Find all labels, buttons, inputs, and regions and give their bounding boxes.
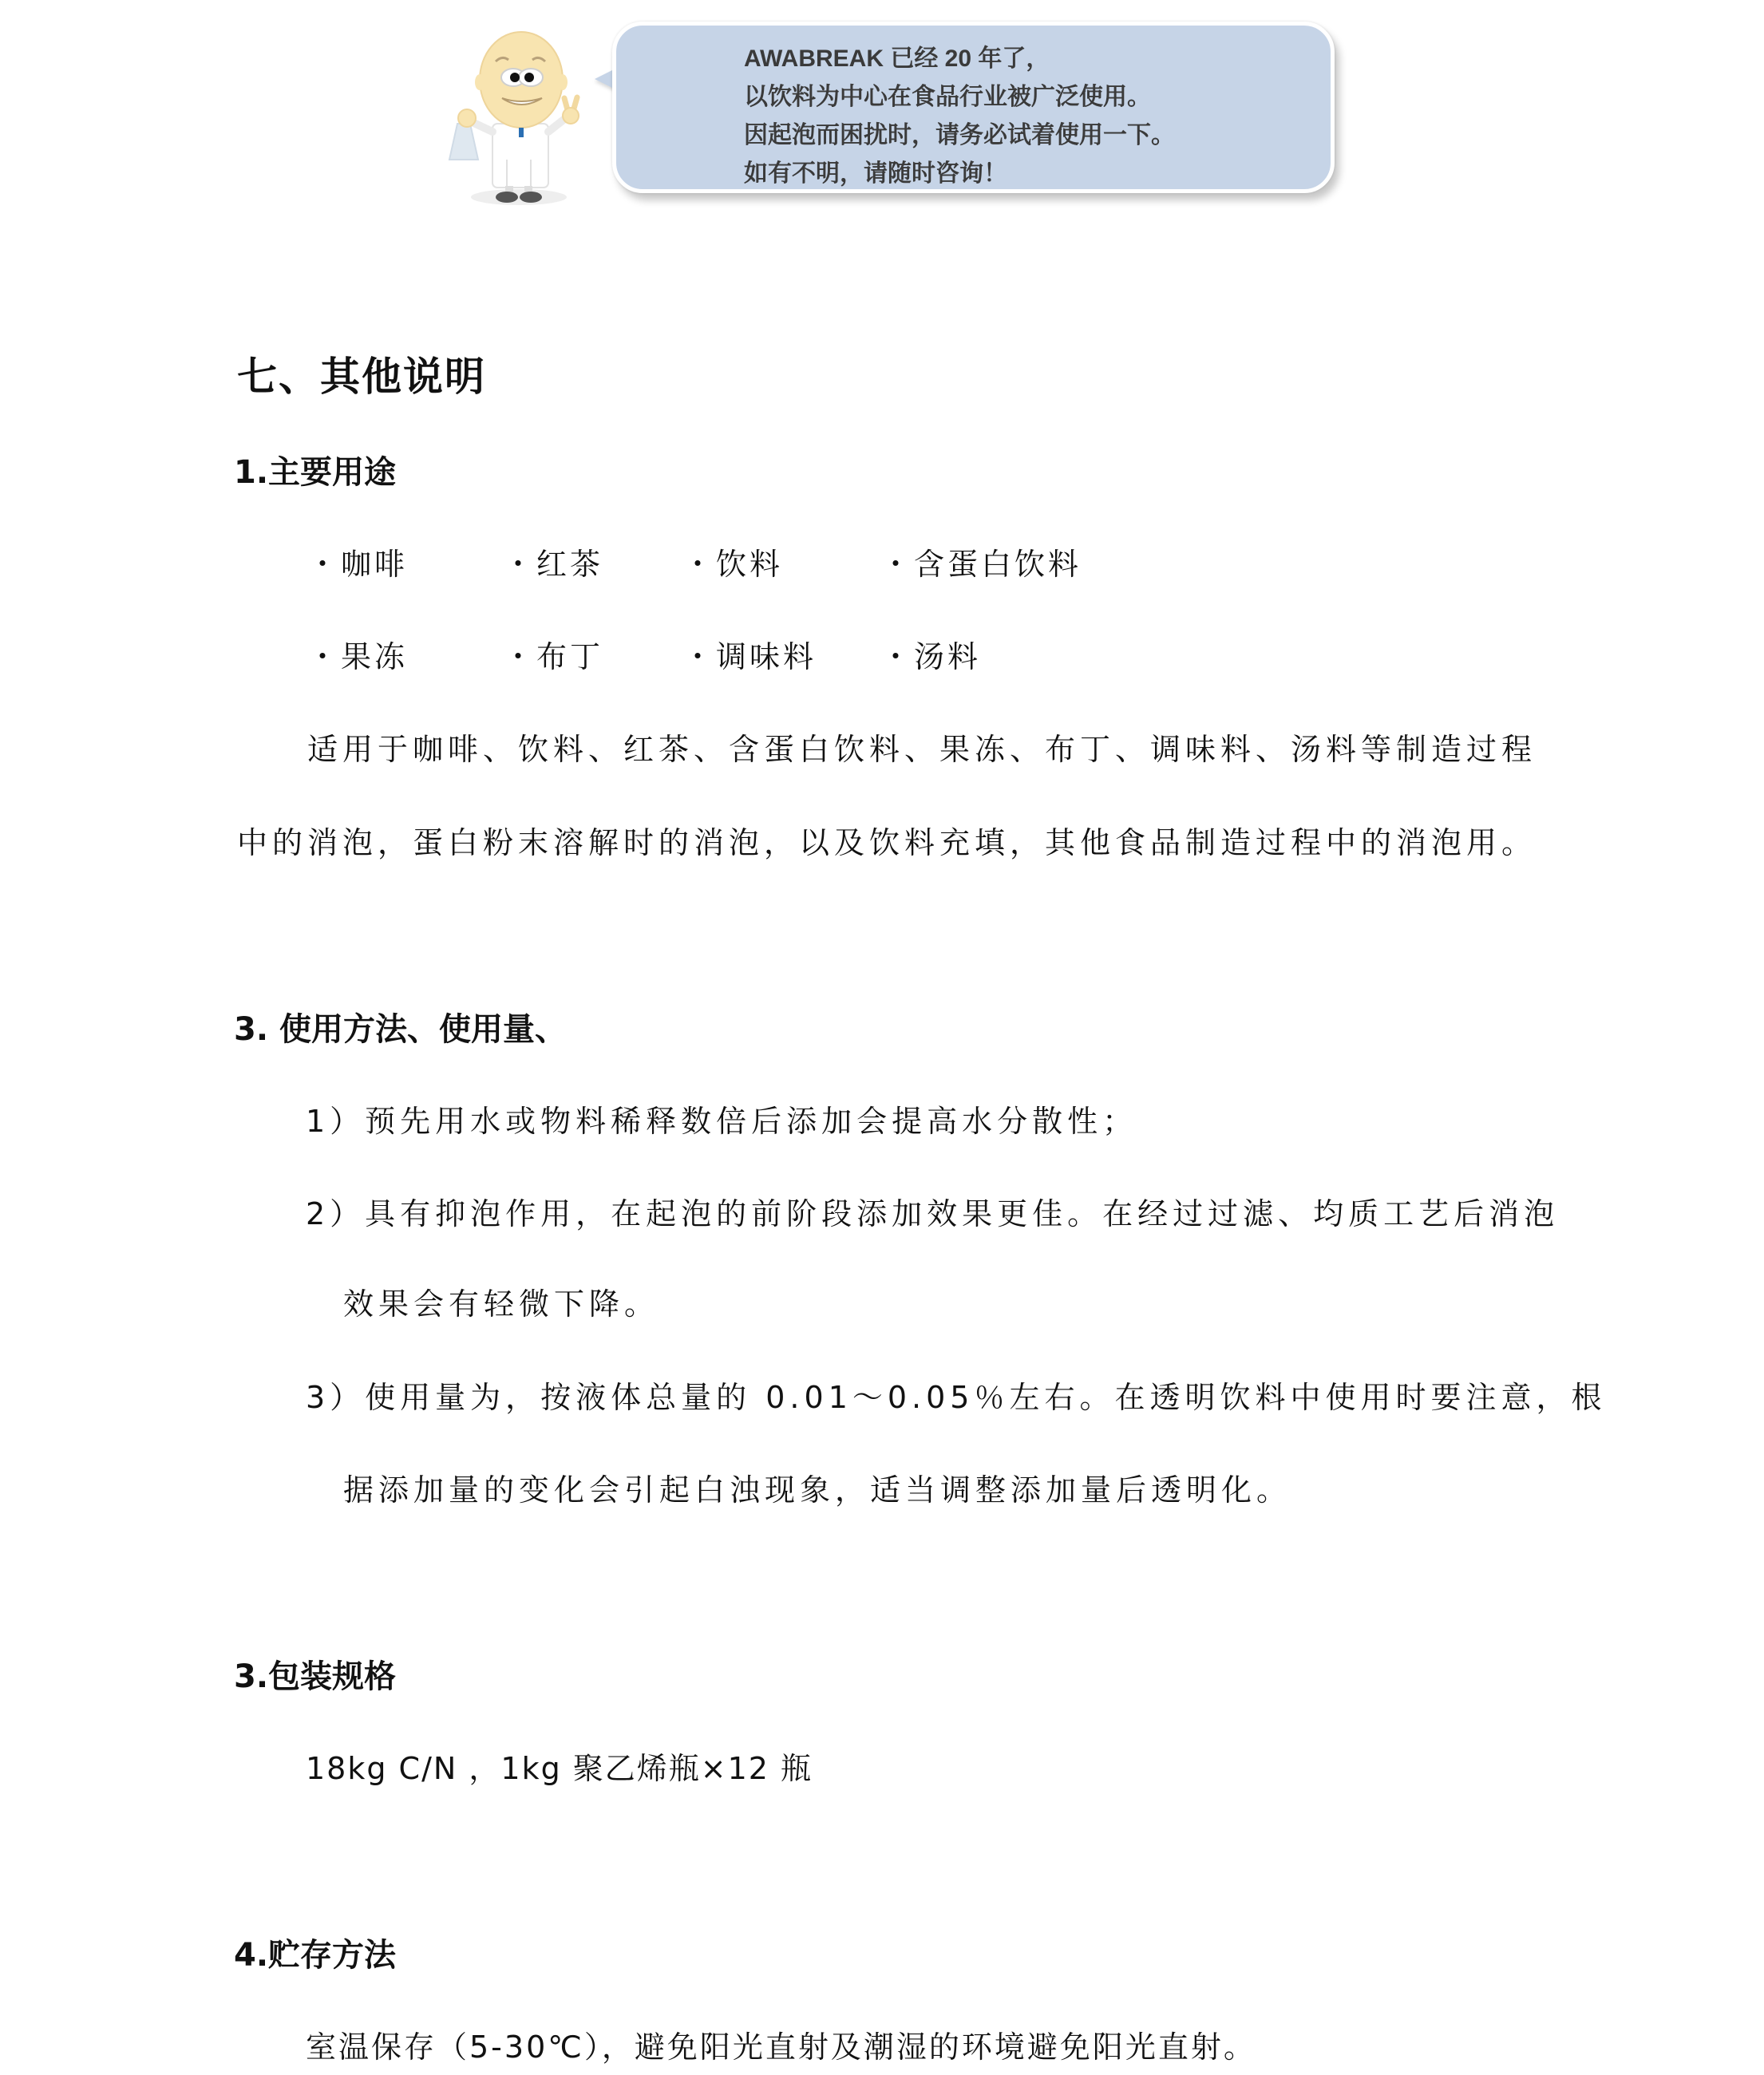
scientist-mascot-icon [443, 12, 603, 211]
usage-item: 1）预先用水或物料稀释数倍后添加会提高水分散性； [306, 1097, 1137, 1140]
bubble-text: AWABREAK 已经 20 年了， 以饮料为中心在食品行业被广泛使用。 因起泡… [744, 40, 1175, 193]
use-item: ・饮料 [682, 539, 783, 583]
usage-heading: 3. 使用方法、使用量、 [234, 1004, 567, 1049]
uses-paragraph-line: 中的消泡，蛋白粉末溶解时的消泡，以及饮料充填，其他食品制造过程中的消泡用。 [237, 818, 1537, 862]
use-item: ・果冻 [307, 632, 408, 676]
usage-item-continued: 效果会有轻微下降。 [343, 1279, 659, 1323]
use-item: ・调味料 [682, 632, 817, 676]
use-item: ・含蛋白饮料 [880, 539, 1082, 583]
bubble-line: 因起泡而困扰时，请务必试着使用一下。 [744, 117, 1175, 155]
packaging-text: 18kg C/N ，1kg 聚乙烯瓶×12 瓶 [306, 1744, 813, 1788]
use-item: ・红茶 [503, 539, 603, 583]
use-item: ・布丁 [503, 632, 603, 676]
uses-paragraph-line: 适用于咖啡、饮料、红茶、含蛋白饮料、果冻、布丁、调味料、汤料等制造过程 [307, 725, 1537, 769]
storage-text: 室温保存（5-30℃），避免阳光直射及潮湿的环境避免阳光直射。 [306, 2022, 1256, 2066]
usage-item-continued: 据添加量的变化会引起白浊现象，适当调整添加量后透明化。 [343, 1465, 1291, 1509]
usage-item: 3）使用量为，按液体总量的 0.01～0.05％左右。在透明饮料中使用时要注意，… [306, 1373, 1606, 1417]
use-item: ・咖啡 [307, 539, 408, 583]
section-title: 七、其他说明 [237, 345, 486, 402]
bubble-line: AWABREAK 已经 20 年了， [744, 40, 1175, 78]
usage-item: 2）具有抑泡作用，在起泡的前阶段添加效果更佳。在经过过滤、均质工艺后消泡 [306, 1189, 1559, 1233]
packaging-heading: 3.包装规格 [234, 1651, 396, 1697]
use-item: ・汤料 [880, 632, 981, 676]
bubble-line: 如有不明，请随时咨询！ [744, 155, 1175, 193]
uses-heading: 1.主要用途 [234, 447, 396, 492]
storage-heading: 4.贮存方法 [234, 1930, 396, 1975]
bubble-line: 以饮料为中心在食品行业被广泛使用。 [744, 78, 1175, 117]
banner: AWABREAK 已经 20 年了， 以饮料为中心在食品行业被广泛使用。 因起泡… [443, 12, 1341, 211]
speech-bubble: AWABREAK 已经 20 年了， 以饮料为中心在食品行业被广泛使用。 因起泡… [612, 22, 1335, 193]
